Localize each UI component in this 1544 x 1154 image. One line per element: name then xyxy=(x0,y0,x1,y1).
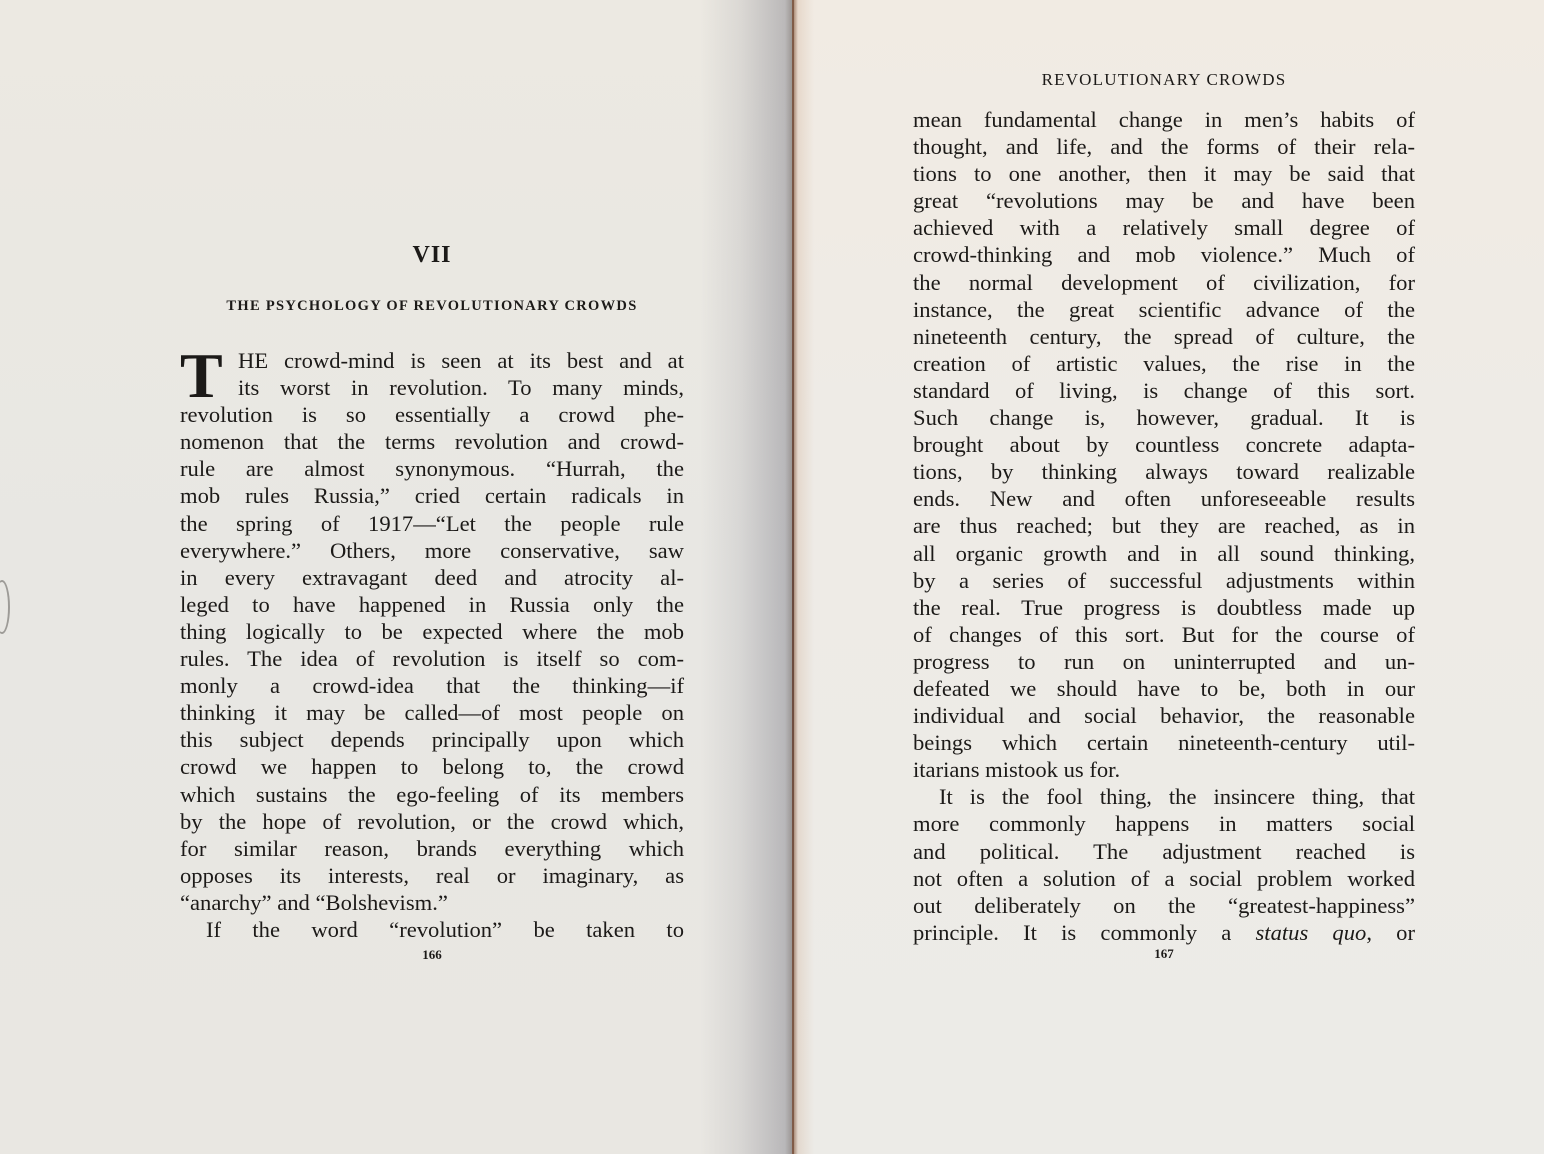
text-line: It is the fool thing, the insincere thin… xyxy=(913,783,1415,810)
text-line: this subject depends principally upon wh… xyxy=(180,726,684,753)
text-line: all organic growth and in all sound thin… xyxy=(913,540,1415,567)
text-line: great “revolutions may be and have been xyxy=(913,187,1415,214)
text-line: “anarchy” and “Bolshevism.” xyxy=(180,889,684,916)
text-line: tions to one another, then it may be sai… xyxy=(913,160,1415,187)
text-line: crowd-thinking and mob violence.” Much o… xyxy=(913,241,1415,268)
opening-paragraph-start: T HE crowd-mind is seen at its best and … xyxy=(180,347,684,401)
text-line: HE crowd-mind is seen at its best and at xyxy=(180,347,684,374)
text-line: thought, and life, and the forms of thei… xyxy=(913,133,1415,160)
book-spread: VII THE PSYCHOLOGY OF REVOLUTIONARY CROW… xyxy=(0,0,1544,1154)
text-line: If the word “revolution” be taken to xyxy=(180,916,684,943)
text-line: revolution is so essentially a crowd phe… xyxy=(180,401,684,428)
text-line: out deliberately on the “greatest-happin… xyxy=(913,892,1415,919)
text-line: rules. The idea of revolution is itself … xyxy=(180,645,684,672)
text-line: more commonly happens in matters social xyxy=(913,810,1415,837)
text-line: individual and social behavior, the reas… xyxy=(913,702,1415,729)
text-line: progress to run on uninterrupted and un- xyxy=(913,648,1415,675)
text-line: which sustains the ego-feeling of its me… xyxy=(180,781,684,808)
chapter-title: THE PSYCHOLOGY OF REVOLUTIONARY CROWDS xyxy=(180,298,684,315)
text-line: instance, the great scientific advance o… xyxy=(913,296,1415,323)
text-line: the normal development of civilization, … xyxy=(913,269,1415,296)
text-line: rule are almost synonymous. “Hurrah, the xyxy=(180,455,684,482)
page-number-left: 166 xyxy=(180,947,684,963)
text-line: standard of living, is change of this so… xyxy=(913,377,1415,404)
text-line: everywhere.” Others, more conservative, … xyxy=(180,537,684,564)
text-line: are thus reached; but they are reached, … xyxy=(913,512,1415,539)
text-line: by a series of successful adjustments wi… xyxy=(913,567,1415,594)
text-line: its worst in revolution. To many minds, xyxy=(180,374,684,401)
page-edge-mark xyxy=(0,580,10,634)
text-line: itarians mistook us for. xyxy=(913,756,1415,783)
text-line: and political. The adjustment reached is xyxy=(913,838,1415,865)
text-line: thing logically to be expected where the… xyxy=(180,618,684,645)
text-line: ends. New and often unforeseeable result… xyxy=(913,485,1415,512)
running-head: REVOLUTIONARY CROWDS xyxy=(913,70,1415,90)
text-line: opposes its interests, real or imaginary… xyxy=(180,862,684,889)
text-line: in every extravagant deed and atrocity a… xyxy=(180,564,684,591)
text-line: by the hope of revolution, or the crowd … xyxy=(180,808,684,835)
text-line: the real. True progress is doubtless mad… xyxy=(913,594,1415,621)
left-page: VII THE PSYCHOLOGY OF REVOLUTIONARY CROW… xyxy=(0,0,794,1154)
right-page-body: mean fundamental change in men’s habits … xyxy=(913,106,1415,946)
text-line: nineteenth century, the spread of cultur… xyxy=(913,323,1415,350)
text-line: the spring of 1917—“Let the people rule xyxy=(180,510,684,537)
text-line: tions, by thinking always toward realiza… xyxy=(913,458,1415,485)
drop-cap: T xyxy=(180,351,223,401)
text-line: beings which certain nineteenth-century … xyxy=(913,729,1415,756)
text-fragment: , or xyxy=(1366,920,1415,945)
text-line: crowd we happen to belong to, the crowd xyxy=(180,753,684,780)
text-line: of changes of this sort. But for the cou… xyxy=(913,621,1415,648)
text-line: mean fundamental change in men’s habits … xyxy=(913,106,1415,133)
text-line: leged to have happened in Russia only th… xyxy=(180,591,684,618)
text-line: brought about by countless concrete adap… xyxy=(913,431,1415,458)
text-line-last: principle. It is commonly a status quo, … xyxy=(913,919,1415,946)
text-line: mob rules Russia,” cried certain radical… xyxy=(180,482,684,509)
italic-phrase: status quo xyxy=(1256,920,1367,945)
page-number-right: 167 xyxy=(913,946,1415,962)
text-fragment: principle. It is commonly a xyxy=(913,920,1256,945)
text-line: not often a solution of a social problem… xyxy=(913,865,1415,892)
text-line: Such change is, however, gradual. It is xyxy=(913,404,1415,431)
text-line: monly a crowd-idea that the thinking—if xyxy=(180,672,684,699)
chapter-number: VII xyxy=(180,242,684,269)
text-line: achieved with a relatively small degree … xyxy=(913,214,1415,241)
text-line: nomenon that the terms revolution and cr… xyxy=(180,428,684,455)
text-line: thinking it may be called—of most people… xyxy=(180,699,684,726)
left-page-body: T HE crowd-mind is seen at its best and … xyxy=(180,347,684,943)
text-line: defeated we should have to be, both in o… xyxy=(913,675,1415,702)
text-line: for similar reason, brands everything wh… xyxy=(180,835,684,862)
text-line: creation of artistic values, the rise in… xyxy=(913,350,1415,377)
